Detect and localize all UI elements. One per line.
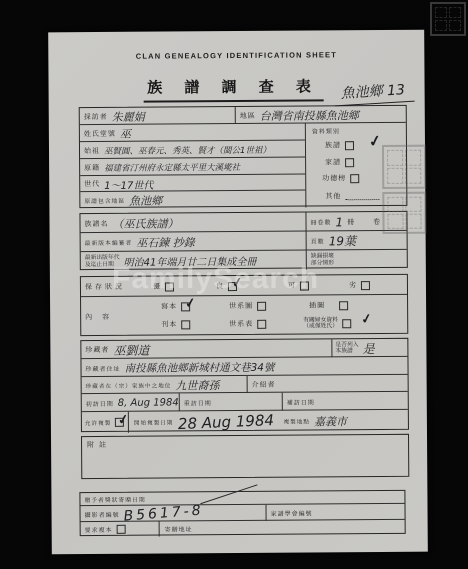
owner-visit-table: 珍藏者 巫劉道 是否列入 本族譜 是 珍藏者住址 南投縣魚池鄉新城村通文巷34號 — [80, 338, 409, 432]
introducer-label: 介紹者 — [252, 379, 276, 389]
owner-address-label: 珍藏者住址 — [85, 363, 120, 372]
mailing-address-label: 寄贈地址 — [165, 524, 193, 533]
owner-value: 巫劉道 — [113, 341, 149, 358]
pages-value: 19葉 — [329, 232, 356, 249]
ancestral-home-label: 原籍 — [84, 162, 100, 172]
content-printed-label: 刊本 — [161, 319, 177, 329]
material-option-zupu-label: 族譜 — [325, 140, 341, 150]
included-in-genealogy-value: 是 — [363, 340, 375, 357]
supplementary-visit-date-label: 補訪日期 — [287, 397, 315, 406]
volumes-label: 冊卷數 — [310, 217, 331, 226]
content-lineage-table-label: 世系表 — [229, 319, 253, 329]
condition-fair-checkbox — [300, 281, 309, 290]
photographer-number-label: 攝影者編號 — [85, 509, 120, 518]
owner-address-value: 南投縣魚池鄉新城村通文巷34號 — [124, 359, 274, 375]
condition-fair-label: 可 — [288, 281, 296, 291]
condition-poor-label: 劣 — [349, 280, 357, 290]
condition-poor-checkbox — [361, 281, 370, 290]
latest-compiler-label: 最新版本編纂者 — [85, 238, 133, 247]
surname-hall-value: 巫 — [120, 125, 131, 141]
material-option-jiapu-checkbox — [345, 158, 354, 167]
award-receipt-date-label: 贈予者獎狀寄贈日期 — [84, 495, 145, 504]
condition-label: 保存狀況 — [85, 282, 125, 292]
checkmark-icon: ✓ — [185, 302, 196, 304]
ancestral-home-value: 福建省汀州府永定縣太平里大溪墘社 — [104, 160, 240, 173]
notes-label: 附註 — [87, 440, 111, 450]
form-paper: CLAN GENEALOGY IDENTIFICATION SHEET 族 譜 … — [48, 30, 428, 555]
condition-excellent-label: 優 — [153, 282, 161, 292]
copy-start-date-label: 開始複製日期 — [134, 418, 174, 426]
coverage-area-value: 魚池鄉 — [129, 192, 162, 208]
owner-label: 珍藏者 — [85, 345, 109, 355]
latest-publication-value: 明治41年端月廿二日集成全冊 — [124, 253, 257, 269]
checkmark-icon: ✓ — [369, 141, 381, 143]
checkmark-icon: ✓ — [361, 318, 372, 320]
material-option-zupu-checkbox — [345, 141, 354, 150]
content-illustrations-label: 插圖 — [309, 300, 325, 310]
latest-publication-label: 最新出版年代 及迄止日期 — [85, 255, 120, 268]
condition-content-table: 保存狀況 優 良 ✓ 可 劣 — [80, 274, 408, 336]
content-women-data-label: 有關婦女資料 （或僅姓氏） — [303, 317, 338, 330]
damage-label: 缺漏損壞 部分情形 — [311, 253, 334, 266]
material-option-other-label: 其他 — [325, 191, 341, 201]
content-women-data-checkbox — [342, 319, 351, 328]
seal-stamp-corner — [430, 2, 466, 36]
material-option-jiapu-label: 家譜 — [325, 157, 341, 167]
notes-box: 附註 — [81, 434, 409, 479]
interviewer-value: 朱麗娟 — [112, 108, 145, 124]
condition-excellent-checkbox — [165, 282, 174, 291]
seal-stamp-right-lower — [382, 192, 426, 234]
surname-hall-label: 姓氏堂號 — [84, 128, 116, 138]
included-in-genealogy-label: 是否列入 本族譜 — [335, 342, 358, 355]
first-ancestor-label: 始祖 — [84, 145, 100, 155]
handwritten-slash — [200, 484, 257, 504]
area-value: 台灣省南投縣魚池鄉 — [260, 107, 359, 124]
content-printed-checkbox — [181, 320, 190, 329]
content-lineage-chart-checkbox — [257, 301, 266, 310]
first-ancestor-value: 巫賢圓、巫春元、秀英、賢才（閩公1世祖） — [104, 143, 271, 156]
material-option-gongdebang-checkbox — [350, 174, 359, 183]
checkmark-icon: ✓ — [232, 282, 243, 284]
copy-place-label: 複製地點 — [284, 417, 310, 425]
copy-start-date-value: 28 Aug 1984 — [177, 411, 274, 433]
content-illustrations-checkbox — [339, 301, 348, 310]
material-type-label: 資料類別 — [312, 126, 340, 135]
copy-permission-label: 允許複製 — [85, 418, 111, 426]
area-label: 地區 — [240, 110, 256, 120]
owner-position-value: 九世裔孫 — [175, 377, 219, 393]
request-copy-label: 要求複本 — [85, 525, 113, 534]
other-dotted-line — [345, 192, 379, 200]
material-option-gongdebang-label: 功德榜 — [322, 173, 346, 183]
society-number-label: 家譜學會編號 — [271, 508, 313, 517]
generations-label: 世代 — [84, 179, 100, 189]
chinese-title: 族 譜 調 查 表 — [143, 75, 323, 102]
first-visit-date-value: 8, Aug 1984 — [118, 397, 179, 408]
interviewer-label: 採訪者 — [84, 111, 108, 121]
english-title: CLAN GENEALOGY IDENTIFICATION SHEET — [48, 50, 424, 62]
genealogy-title-value: （巫氏族譜） — [112, 215, 178, 231]
latest-compiler-value: 巫石鍊 抄錄 — [136, 234, 195, 250]
coverage-area-label: 原譜包含地區 — [84, 196, 125, 205]
sheet-number-handwritten: 魚池鄉 13 — [340, 79, 405, 103]
revisit-date-label: 重訪日期 — [184, 398, 212, 407]
volumes-unit-juan: 卷 — [373, 216, 381, 226]
first-visit-date-label: 初訪日期 — [86, 398, 114, 407]
copy-place-value: 嘉義市 — [314, 413, 347, 429]
scanned-document-photocopy: CLAN GENEALOGY IDENTIFICATION SHEET 族 譜 … — [0, 0, 468, 569]
volume-info-table: 族譜名 （巫氏族譜） 冊卷數 1 冊 卷 最新版本編纂者 巫石鍊 抄錄 頁數 1… — [79, 211, 407, 270]
content-label: 內容 — [85, 312, 119, 322]
basic-info-table: 採訪者 朱麗娟 地區 台灣省南投縣魚池鄉 姓氏堂號 巫 — [79, 105, 408, 208]
volumes-value: 1 — [335, 215, 343, 229]
condition-good-label: 良 — [216, 281, 224, 291]
pages-label: 頁數 — [311, 236, 325, 245]
content-manuscript-label: 寫本 — [161, 301, 177, 311]
owner-position-label: 珍藏者在（宗）家族中之地位 — [86, 381, 172, 390]
content-lineage-table-checkbox — [257, 319, 266, 328]
admin-table: 贈予者獎狀寄贈日期 攝影者編號 B5617-8 家譜學會編號 要求複本 — [79, 490, 405, 536]
request-copy-checkbox — [117, 525, 126, 534]
genealogy-title-label: 族譜名 — [84, 218, 108, 228]
volumes-unit-ce: 冊 — [347, 217, 355, 227]
content-lineage-chart-label: 世系圖 — [229, 301, 253, 311]
generations-value: 1～17世代 — [104, 176, 153, 191]
seal-stamp-right — [382, 145, 426, 189]
